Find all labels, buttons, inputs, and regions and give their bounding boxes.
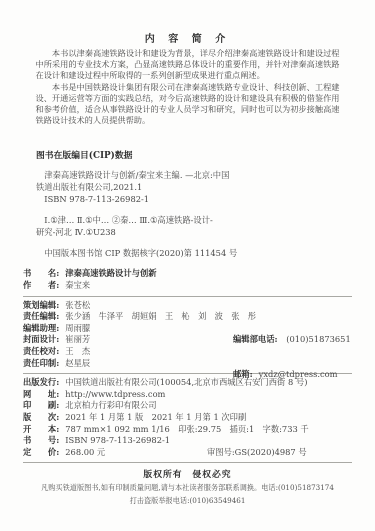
staff-value: 张少涵 牛泽平 胡姮娟 王 杺 刘 波 张 彤: [65, 311, 256, 323]
anti-piracy-line: 打击盗版举报电话:(010)63549461: [0, 495, 375, 506]
website-url: http://www.tdpress.com: [65, 389, 165, 401]
staff-value: 王 杰: [65, 346, 90, 358]
book-author-value: 秦宝来: [65, 280, 90, 292]
price-row: 定 价: 268.00 元 审图号:GS(2020)4987 号: [23, 447, 352, 459]
cip-record-number: 中国版本图书馆 CIP 数据核字(2020)第 111454 号: [36, 247, 345, 259]
copyright-footer: 版权所有 侵权必究 凡购买铁道版图书,如有印制质量问题,请与本社读者服务部联系调…: [0, 467, 375, 506]
staff-label: 编辑助理:: [23, 323, 59, 335]
summary-paragraph-2: 本书是中国铁路设计集团有限公司在津秦高速铁路专业设计、科技创新、工程建设、开通运…: [36, 82, 340, 127]
publication-value: ISBN 978-7-113-26982-1: [65, 435, 170, 447]
publication-info-block: 出版发行: 中国铁道出版社有限公司(100054,北京市西城区右安门西街 8 号…: [23, 377, 352, 458]
publication-label: 开 本:: [23, 424, 59, 436]
editorial-staff-block: 策划编辑: 张苍松 责任编辑: 张少涵 牛泽平 胡姮娟 王 杺 刘 波 张 彤 …: [23, 300, 352, 370]
cip-citation-line: 铁道出版社有限公司,2021.1: [36, 181, 345, 193]
publication-row: 出版发行: 中国铁道出版社有限公司(100054,北京市西城区右安门西街 8 号…: [23, 377, 352, 389]
staff-value: 周雨朦: [65, 323, 90, 335]
cip-classification-line: Ⅰ.①津… Ⅱ.①中… ②秦… Ⅲ.①高速铁路-设计-: [36, 214, 345, 226]
publication-label: 版 次:: [23, 412, 59, 424]
staff-value: 赵星辰: [65, 358, 90, 370]
editorial-phone-line: 编辑部电话: (010)51873651: [233, 334, 351, 346]
section-divider: [23, 296, 352, 297]
phone-label: 编辑部电话:: [233, 334, 278, 344]
publication-row: 书 号: ISBN 978-7-113-26982-1: [23, 435, 352, 447]
staff-value: 张苍松: [65, 300, 90, 312]
publication-label: 书 号:: [23, 435, 59, 447]
cip-section: 图书在版编目(CIP)数据 津秦高速铁路设计与创新/秦宝来主编. —北京:中国 …: [36, 150, 345, 259]
staff-value: 崔丽芳: [65, 334, 90, 346]
book-author-row: 作 者: 秦宝来: [23, 280, 352, 292]
publication-row: 网 址: http://www.tdpress.com: [23, 389, 352, 401]
book-title-value: 津秦高速铁路设计与创新: [65, 268, 156, 280]
book-author-label: 作 者:: [23, 280, 59, 292]
copyright-notice: 版权所有 侵权必究: [0, 467, 375, 480]
publication-label: 印 刷:: [23, 400, 59, 412]
price-value: 268.00 元: [65, 447, 105, 459]
staff-label: 责任校对:: [23, 346, 59, 358]
book-copyright-page: 内 容 简 介 本书以津秦高速铁路设计和建设为背景，详尽介绍津秦高速铁路设计和建…: [0, 0, 375, 531]
publication-value: 北京柏力行彩印有限公司: [65, 400, 156, 412]
staff-label: 责任印制:: [23, 358, 59, 370]
publication-label: 网 址:: [23, 389, 59, 401]
summary-paragraph-1: 本书以津秦高速铁路设计和建设为背景，详尽介绍津秦高速铁路设计和建设过程中所采用的…: [36, 48, 340, 82]
publication-row: 开 本: 787 mm×1 092 mm 1/16 印张:29.75 插页:1 …: [23, 424, 352, 436]
section-divider: [23, 462, 352, 463]
publication-row: 版 次: 2021 年 1 月第 1 版 2021 年 1 月第 1 次印刷: [23, 412, 352, 424]
publication-value: 2021 年 1 月第 1 版 2021 年 1 月第 1 次印刷: [65, 412, 246, 424]
book-title-author-block: 书 名: 津秦高速铁路设计与创新 作 者: 秦宝来: [23, 268, 352, 291]
phone-value: (010)51873651: [286, 334, 351, 344]
content-summary-heading: 内 容 简 介: [0, 30, 375, 45]
staff-label: 责任编辑:: [23, 311, 59, 323]
staff-label: 策划编辑:: [23, 300, 59, 312]
publication-label: 出版发行:: [23, 377, 59, 389]
publication-value: 787 mm×1 092 mm 1/16 印张:29.75 插页:1 字数:73…: [65, 424, 308, 436]
map-approval-number: 审图号:GS(2020)4987 号: [207, 447, 307, 459]
staff-label: 封面设计:: [23, 334, 59, 346]
content-summary-section: 内 容 简 介 本书以津秦高速铁路设计和建设为背景，详尽介绍津秦高速铁路设计和建…: [0, 0, 375, 126]
cip-classification-line: 研究-河北 Ⅳ.①U238: [36, 226, 345, 238]
publication-row: 印 刷: 北京柏力行彩印有限公司: [23, 400, 352, 412]
reader-service-line: 凡购买铁道版图书,如有印制质量问题,请与本社读者服务部联系调换。电话:(010)…: [0, 482, 375, 493]
cip-citation-line: 津秦高速铁路设计与创新/秦宝来主编. —北京:中国: [36, 169, 345, 181]
price-label: 定 价:: [23, 447, 59, 459]
cip-heading: 图书在版编目(CIP)数据: [36, 150, 345, 162]
staff-row: 策划编辑: 张苍松: [23, 300, 352, 312]
book-title-row: 书 名: 津秦高速铁路设计与创新: [23, 268, 352, 280]
publication-value: 中国铁道出版社有限公司(100054,北京市西城区右安门西街 8 号): [65, 377, 307, 389]
book-title-label: 书 名:: [23, 268, 59, 280]
cip-isbn-line: ISBN 978-7-113-26982-1: [36, 193, 345, 205]
